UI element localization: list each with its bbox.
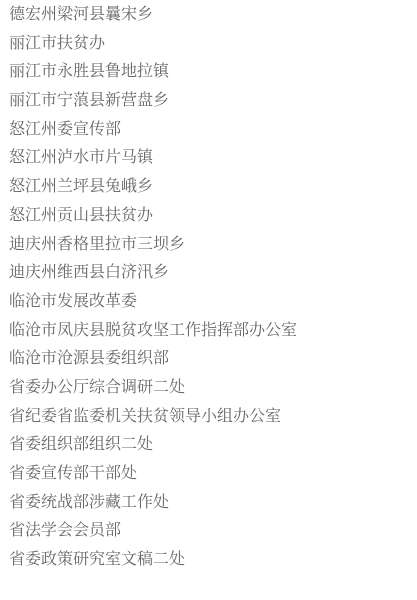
list-item: 德宏州梁河县曩宋乡 xyxy=(9,1,417,30)
list-item: 临沧市发展改革委 xyxy=(9,288,417,317)
organization-name-list: 德宏州梁河县曩宋乡丽江市扶贫办丽江市永胜县鲁地拉镇丽江市宁蒗县新营盘乡怒江州委宣… xyxy=(0,0,417,575)
list-item: 迪庆州香格里拉市三坝乡 xyxy=(9,231,417,260)
list-item: 迪庆州维西县白济汛乡 xyxy=(9,259,417,288)
list-item: 怒江州泸水市片马镇 xyxy=(9,144,417,173)
list-item: 怒江州贡山县扶贫办 xyxy=(9,202,417,231)
list-item: 怒江州兰坪县兔峨乡 xyxy=(9,173,417,202)
list-item: 临沧市凤庆县脱贫攻坚工作指挥部办公室 xyxy=(9,317,417,346)
list-item: 省委统战部涉藏工作处 xyxy=(9,489,417,518)
list-item: 怒江州委宣传部 xyxy=(9,116,417,145)
list-item: 省委政策研究室文稿二处 xyxy=(9,546,417,575)
list-item: 丽江市永胜县鲁地拉镇 xyxy=(9,58,417,87)
list-item: 丽江市扶贫办 xyxy=(9,30,417,59)
list-item: 省委宣传部干部处 xyxy=(9,460,417,489)
list-item: 省委办公厅综合调研二处 xyxy=(9,374,417,403)
list-item: 省纪委省监委机关扶贫领导小组办公室 xyxy=(9,403,417,432)
list-item: 丽江市宁蒗县新营盘乡 xyxy=(9,87,417,116)
list-item: 临沧市沧源县委组织部 xyxy=(9,345,417,374)
list-item: 省法学会会员部 xyxy=(9,517,417,546)
list-item: 省委组织部组织二处 xyxy=(9,431,417,460)
